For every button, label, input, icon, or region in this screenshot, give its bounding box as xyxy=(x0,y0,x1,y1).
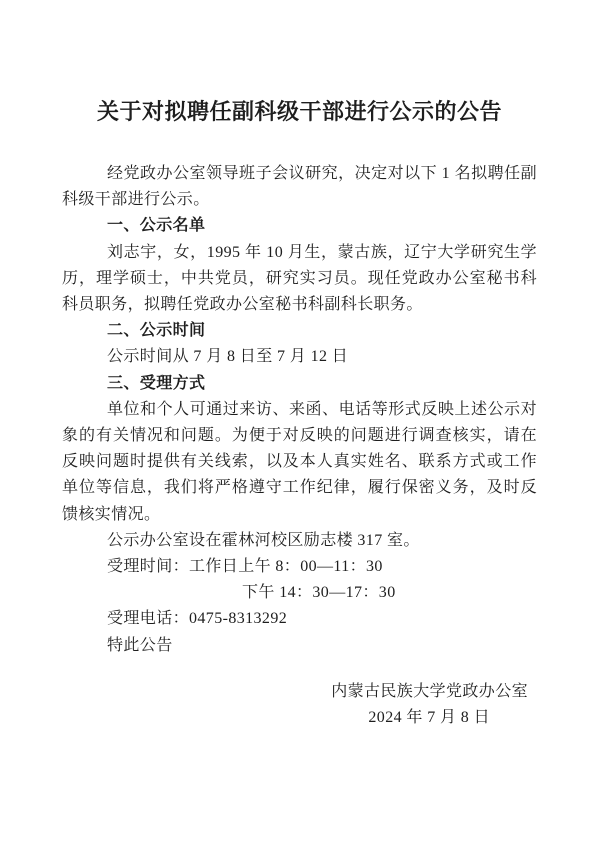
section-3-heading: 三、受理方式 xyxy=(62,371,537,397)
section-2-body: 公示时间从 7 月 8 日至 7 月 12 日 xyxy=(62,344,537,370)
signature-date: 2024 年 7 月 8 日 xyxy=(62,705,537,731)
intro-paragraph: 经党政办公室领导班子会议研究，决定对以下 1 名拟聘任副科级干部进行公示。 xyxy=(62,161,537,213)
reception-hours-afternoon-line: 下午 14：30—17：30 xyxy=(62,580,537,606)
section-1-heading: 一、公示名单 xyxy=(62,213,537,239)
document-title: 关于对拟聘任副科级干部进行公示的公告 xyxy=(62,96,537,128)
section-2-heading: 二、公示时间 xyxy=(62,318,537,344)
document-page: 关于对拟聘任副科级干部进行公示的公告 经党政办公室领导班子会议研究，决定对以下 … xyxy=(0,0,600,848)
section-1-body: 刘志宇，女，1995 年 10 月生，蒙古族，辽宁大学研究生学历，理学硕士，中共… xyxy=(62,240,537,319)
reception-phone-line: 受理电话：0475-8313292 xyxy=(62,606,537,632)
signature-org: 内蒙古民族大学党政办公室 xyxy=(62,679,537,705)
section-3-body: 单位和个人可通过来访、来函、电话等形式反映上述公示对象的有关情况和问题。为便于对… xyxy=(62,397,537,528)
reception-hours-line: 受理时间：工作日上午 8：00—11：30 xyxy=(62,554,537,580)
office-location-line: 公示办公室设在霍林河校区励志楼 317 室。 xyxy=(62,528,537,554)
closing-line: 特此公告 xyxy=(62,633,537,659)
